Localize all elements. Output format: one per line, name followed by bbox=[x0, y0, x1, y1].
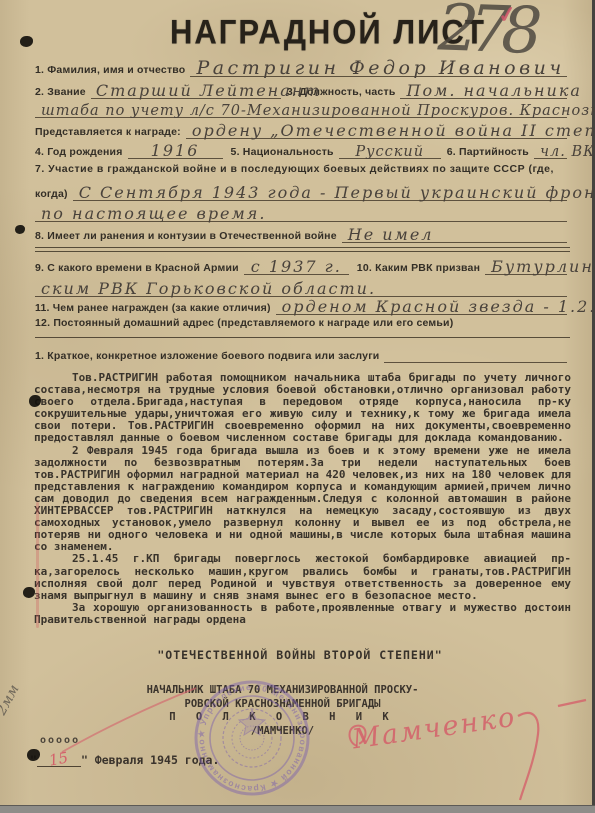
handwritten-value: чл. ВКП(б). bbox=[540, 144, 595, 160]
field-underline: по настоящее время. bbox=[35, 204, 567, 222]
field-underline: с 1937 г. bbox=[244, 257, 349, 275]
section2-heading-row: 1. Краткое, конкретное изложение боевого… bbox=[35, 350, 567, 363]
red-dash bbox=[558, 700, 586, 706]
field-label: 8. Имеет ли ранения и контузии в Отечест… bbox=[35, 230, 342, 243]
body-paragraph: 2 Февраля 1945 года бригада вышла из бое… bbox=[34, 445, 571, 554]
field-underline: Русский bbox=[339, 143, 441, 159]
section2-heading: 1. Краткое, конкретное изложение боевого… bbox=[35, 350, 384, 363]
field-underline: штаба по учету л/с 70-Механизированной П… bbox=[35, 102, 567, 118]
red-date-flourish bbox=[38, 682, 218, 766]
handwritten-value: штаба по учету л/с 70-Механизированной П… bbox=[41, 103, 595, 119]
signature-flourish bbox=[518, 713, 538, 800]
field-row-rank-position: 2. Звание Старший Лейтенант 3. Должность… bbox=[35, 81, 567, 99]
field-label: 6. Партийность bbox=[441, 146, 534, 159]
field-underline: 1916 bbox=[128, 141, 223, 159]
award-name-line: "ОТЕЧЕСТВЕННОЙ ВОЙНЫ ВТОРОЙ СТЕПЕНИ" bbox=[90, 648, 510, 662]
field-underline: чл. ВКП(б). bbox=[534, 143, 567, 159]
field-underline: Пом. начальника bbox=[400, 81, 567, 99]
blank-underline bbox=[384, 362, 567, 363]
handwritten-value: Пом. начальника bbox=[406, 81, 581, 100]
double-rule bbox=[35, 247, 570, 252]
field-row-award: Представляется к награде: ордену „Отечес… bbox=[35, 121, 567, 139]
field-underline: Бутурлин- bbox=[485, 257, 567, 275]
field-underline: Растригин Федор Иванович bbox=[190, 57, 567, 77]
field-label: 11. Чем ранее награжден (за какие отличи… bbox=[35, 302, 276, 315]
handwritten-value: Не имел bbox=[348, 225, 434, 244]
body-paragraph: Тов.РАСТРИГИН работая помощником начальн… bbox=[34, 372, 571, 445]
field-underline: орденом Красной звезда - 1.2.44. bbox=[276, 297, 567, 315]
body-paragraph: 25.1.45 г.КП бригады поверглось жестокой… bbox=[34, 553, 571, 601]
check-icon: ✓ bbox=[496, 1, 518, 29]
handwritten-value: Старший Лейтенант bbox=[96, 81, 322, 100]
handwritten-value: Бутурлин- bbox=[491, 257, 595, 276]
handwritten-signature-text: Мамченко bbox=[349, 702, 518, 756]
field-underline: Старший Лейтенант bbox=[91, 81, 281, 99]
field-row-position-cont: штаба по учету л/с 70-Механизированной П… bbox=[35, 102, 567, 118]
field-row-name: 1. Фамилия, имя и отчество Растригин Фед… bbox=[35, 57, 567, 77]
field-row-civil-war-cont: когда) С Сентября 1943 года - Первый укр… bbox=[35, 183, 567, 201]
ink-blot bbox=[15, 225, 25, 234]
handwritten-value: с 1937 г. bbox=[251, 257, 342, 276]
handwritten-value: ордену „Отечественной война II степени“ bbox=[192, 121, 595, 140]
field-row-home-address: 12. Постоянный домашний адрес (представл… bbox=[35, 317, 567, 330]
field-underline: Не имел bbox=[342, 225, 567, 243]
field-row-army-service: 9. С какого времени в Красной Армии с 19… bbox=[35, 257, 567, 275]
handwritten-value: 1916 bbox=[151, 141, 200, 160]
section-rule bbox=[35, 337, 570, 338]
field-label: Представляется к награде: bbox=[35, 126, 186, 139]
red-signature: Мамченко bbox=[322, 690, 590, 808]
handwritten-value: орденом Красной звезда - 1.2.44. bbox=[282, 297, 595, 316]
pencil-margin-note: 2мм bbox=[0, 682, 23, 718]
document-page: НАГРАДНОЙ ЛИСТ 278 ✓ 1. Фамилия, имя и о… bbox=[0, 0, 592, 806]
field-label: 1. Фамилия, имя и отчество bbox=[35, 64, 190, 77]
handwritten-value: С Сентября 1943 года - Первый украинский… bbox=[79, 183, 595, 202]
ink-blot bbox=[20, 36, 33, 47]
field-label: когда) bbox=[35, 188, 73, 201]
handwritten-value: ским РВК Горьковской области. bbox=[41, 279, 376, 298]
field-row-birth-nationality-party: 4. Год рождения 1916 5. Национальность Р… bbox=[35, 141, 567, 159]
field-label: 5. Национальность bbox=[223, 146, 339, 159]
field-label: 9. С какого времени в Красной Армии bbox=[35, 262, 244, 275]
field-label: 4. Год рождения bbox=[35, 146, 128, 159]
field-row-civil-war: 7. Участие в гражданской войне и в после… bbox=[35, 163, 567, 176]
field-label: 12. Постоянный домашний адрес (представл… bbox=[35, 317, 458, 330]
field-underline: ским РВК Горьковской области. bbox=[35, 279, 567, 297]
field-label: 7. Участие в гражданской войне и в после… bbox=[35, 163, 559, 176]
scan-edge bbox=[0, 805, 595, 813]
field-underline: С Сентября 1943 года - Первый украинский… bbox=[73, 183, 567, 201]
field-row-prior-awards: 11. Чем ранее награжден (за какие отличи… bbox=[35, 297, 567, 315]
handwritten-value: Русский bbox=[355, 144, 424, 160]
field-row-rvk-cont: ским РВК Горьковской области. bbox=[35, 279, 567, 297]
field-label: 10. Каким РВК призван bbox=[349, 262, 485, 275]
exploit-description: Тов.РАСТРИГИН работая помощником начальн… bbox=[34, 372, 571, 626]
handwritten-value: по настоящее время. bbox=[41, 204, 266, 223]
field-label: 2. Звание bbox=[35, 86, 91, 99]
red-margin-line bbox=[36, 502, 39, 628]
field-underline: ордену „Отечественной война II степени“ bbox=[186, 121, 567, 139]
body-paragraph: За хорошую организованность в работе,про… bbox=[34, 602, 571, 626]
handwritten-value: Растригин Федор Иванович bbox=[196, 57, 564, 79]
field-row-civil-war-cont2: по настоящее время. bbox=[35, 204, 567, 222]
field-row-wounds: 8. Имеет ли ранения и контузии в Отечест… bbox=[35, 225, 567, 243]
